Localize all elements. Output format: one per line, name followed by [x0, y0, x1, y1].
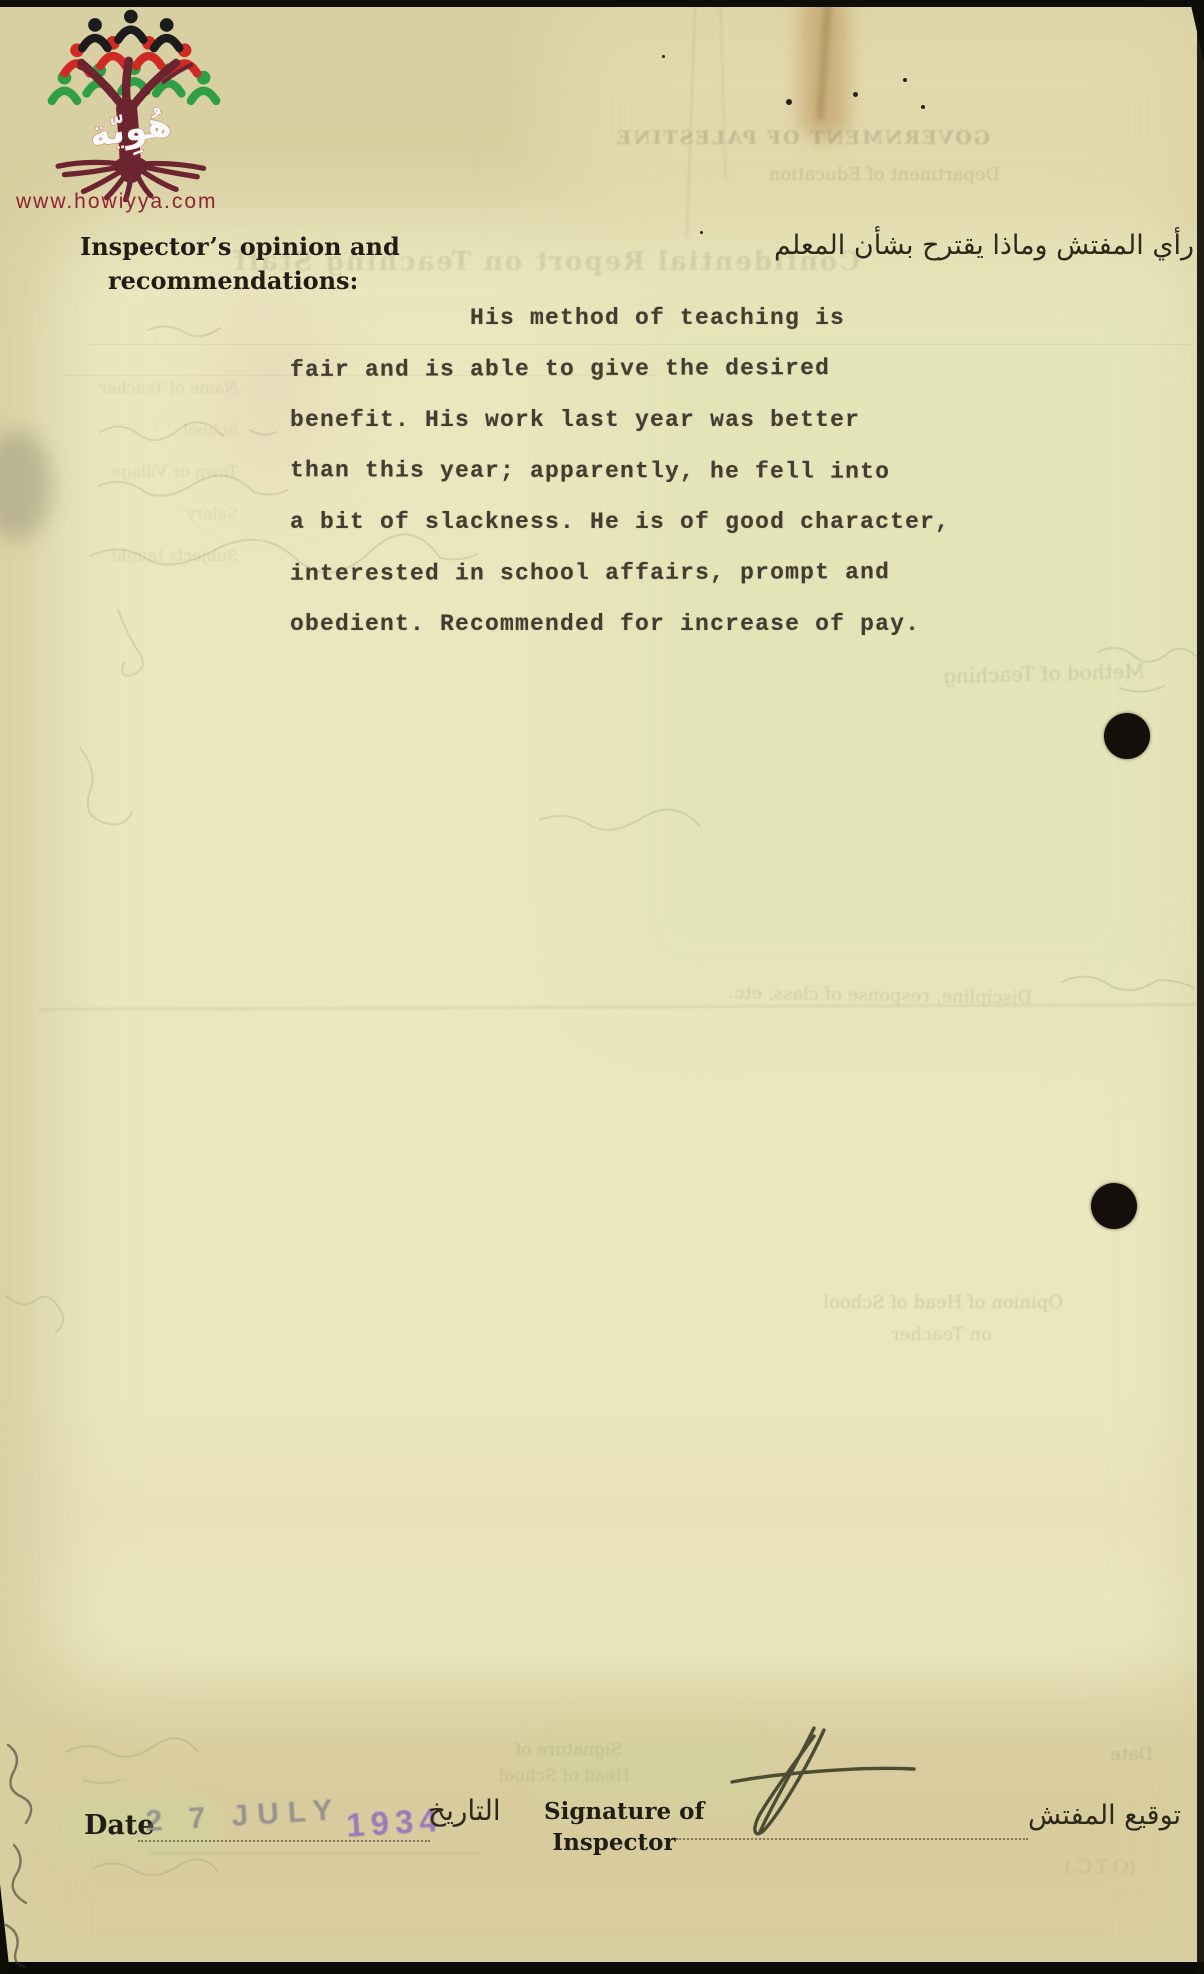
- inspector-opinion-label-line1: Inspector’s opinion and: [80, 232, 400, 261]
- edge-ink-scribble: [0, 1735, 46, 1970]
- hole-punch-top: [1104, 713, 1150, 759]
- ghost-handwriting-squiggles: [0, 0, 1204, 1974]
- inspector-signature-ink: [718, 1722, 928, 1847]
- stain-streak-core: [816, 0, 832, 120]
- paper-tint-pink-band: [0, 1470, 1204, 1560]
- ghost-method-label: Method of Teaching: [895, 659, 1146, 690]
- ghost-signature-head-line2: Head of School: [480, 1766, 630, 1786]
- speck-6: [662, 55, 665, 58]
- crease-vertical-1: [686, 0, 696, 238]
- speck-5: [700, 231, 703, 234]
- inspector-opinion-label-line2: recommendations:: [108, 266, 358, 295]
- howiyya-logo: هُوِيّة: [18, 6, 250, 202]
- typed-line-5: a bit of slackness. He is of good charac…: [290, 509, 950, 535]
- inspector-opinion-label-arabic: رأي المفتش وماذا يقترح بشأن المعلم: [828, 230, 1194, 261]
- speck-4: [921, 105, 925, 109]
- ghost-field-school: School: [78, 420, 238, 439]
- signature-label-line2: Inspector: [544, 1829, 684, 1856]
- ghost-head-opinion-line2: on Teacher: [862, 1324, 992, 1345]
- signature-label-arabic: توقيع المفتش: [1028, 1800, 1181, 1831]
- scan-edge-top: [0, 0, 1204, 7]
- scanned-document-page: GOVERNMENT OF PALESTINE Department of Ed…: [0, 0, 1204, 1974]
- typed-line-6: interested in school affairs, prompt and: [290, 559, 890, 587]
- date-dotted-line: [138, 1808, 430, 1842]
- logo-people-canopy: [52, 10, 216, 101]
- ghost-discipline-label: Discipline, response of class, etc.: [622, 980, 1032, 1008]
- ghost-field-salary: Salary: [78, 504, 238, 523]
- paper-tint-topright: [560, 0, 1200, 240]
- crease-vertical-2: [720, 0, 727, 180]
- signature-label-line1: Signature of: [544, 1798, 684, 1825]
- crease-horizontal: [40, 1003, 1204, 1010]
- typed-line-2: fair and is able to give the desired: [290, 355, 830, 383]
- speck-3: [903, 78, 907, 82]
- paper-tint-pink-left: [230, 290, 310, 480]
- speck-2: [853, 92, 858, 97]
- typed-line-1: His method of teaching is: [470, 305, 845, 331]
- faint-rule-3: [150, 1852, 480, 1854]
- speck-1: [786, 99, 792, 105]
- typed-line-4: than this year; apparently, he fell into: [290, 457, 890, 485]
- website-watermark: www.howiyya.com: [16, 190, 218, 214]
- faint-rule-1: [90, 344, 1190, 345]
- ghost-field-subjects: Subjects taught: [78, 546, 238, 565]
- ghost-form-code: (O.T.C.): [1026, 1856, 1136, 1878]
- smudge-left: [0, 430, 52, 540]
- typed-line-3: benefit. His work last year was better: [290, 407, 860, 433]
- signature-label-block: Signature of Inspector: [544, 1798, 684, 1856]
- ghost-government-line: GOVERNMENT OF PALESTINE: [690, 127, 990, 149]
- scan-edge-right: [1197, 0, 1204, 1974]
- ghost-department-line: Department of Education: [770, 164, 1000, 185]
- paper-tint-center: [50, 220, 1200, 1710]
- ghost-date-label: Date: [1083, 1744, 1153, 1765]
- ghost-signature-head-line1: Signature of: [492, 1740, 622, 1760]
- typed-line-7: obedient. Recommended for increase of pa…: [290, 611, 920, 637]
- ghost-field-town: Town or Village: [78, 462, 238, 481]
- ghost-head-opinion-line1: Opinion of Head of School: [828, 1292, 1063, 1313]
- ghost-field-name-of-teacher: Name of Teacher: [78, 378, 238, 397]
- date-label-arabic: التاريخ: [428, 1794, 501, 1827]
- hole-punch-bottom: [1091, 1183, 1137, 1229]
- scan-edge-bottom: [0, 1962, 1204, 1974]
